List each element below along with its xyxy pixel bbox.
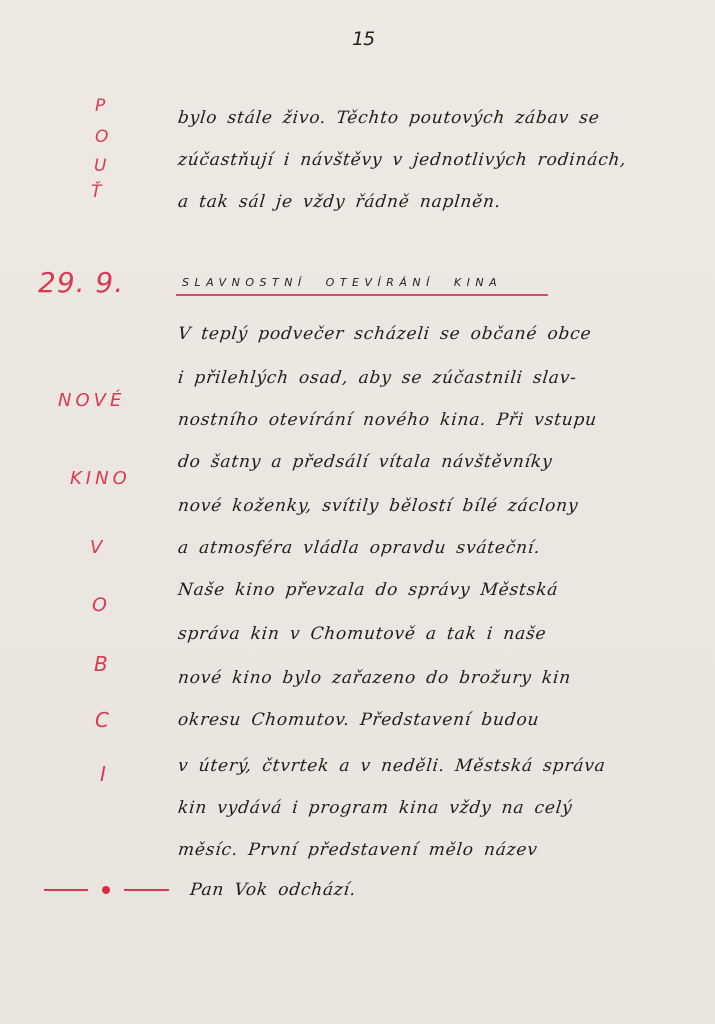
text-line: zúčastňují i návštěvy v jednotlivých rod… (177, 150, 628, 170)
page-number: 15 (352, 28, 374, 50)
text-line: v úterý, čtvrtek a v neděli. Městská spr… (177, 756, 607, 776)
text-line: V teplý podvečer scházeli se občané obce (177, 324, 592, 344)
text-line: nové kino bylo zařazeno do brožury kin (177, 668, 572, 688)
text-line: a atmosféra vládla opravdu sváteční. (177, 538, 541, 558)
margin-annotation-kino: KINO (70, 468, 131, 489)
red-separator (44, 886, 174, 894)
separator-line-right (124, 889, 169, 891)
text-line: měsíc. První představení mělo název (177, 840, 539, 860)
margin-letter: P (95, 96, 105, 116)
text-line: okresu Chomutov. Představení budou (177, 710, 540, 730)
separator-dot-icon (102, 886, 110, 894)
margin-letter: U (94, 156, 106, 176)
closing-line: Pan Vok odchází. (189, 880, 357, 900)
text-line: nové koženky, svítily bělostí bílé záclo… (177, 496, 579, 516)
text-line: do šatny a předsálí vítala návštěvníky (177, 452, 553, 472)
margin-letter: O (95, 127, 108, 147)
chronicle-page: 15 P O U Ť 29. 9. NOVÉ KINO V O B C I by… (0, 0, 715, 1024)
margin-letter: B (94, 652, 108, 676)
margin-letter: Ť (91, 182, 101, 202)
margin-letter: O (92, 594, 107, 616)
margin-letter: I (100, 762, 106, 786)
separator-line-left (44, 889, 88, 891)
text-line: Naše kino převzala do správy Městská (177, 580, 559, 600)
text-line: i přilehlých osad, aby se zúčastnili sla… (177, 368, 578, 388)
text-line: bylo stále živo. Těchto poutových zábav … (177, 108, 601, 128)
margin-annotation-v: V (90, 537, 102, 558)
margin-letter: C (95, 708, 109, 732)
text-line: správa kin v Chomutově a tak i naše (177, 624, 548, 644)
text-line: nostního otevírání nového kina. Při vstu… (177, 410, 598, 430)
section-heading: SLAVNOSTNÍ OTEVÍRÁNÍ KINA (182, 276, 502, 289)
margin-annotation-nove: NOVÉ (58, 390, 125, 411)
margin-date: 29. 9. (38, 266, 124, 299)
text-line: kin vydává i program kina vždy na celý (177, 798, 574, 818)
heading-underline (176, 294, 548, 296)
text-line: a tak sál je vždy řádně naplněn. (177, 192, 502, 212)
